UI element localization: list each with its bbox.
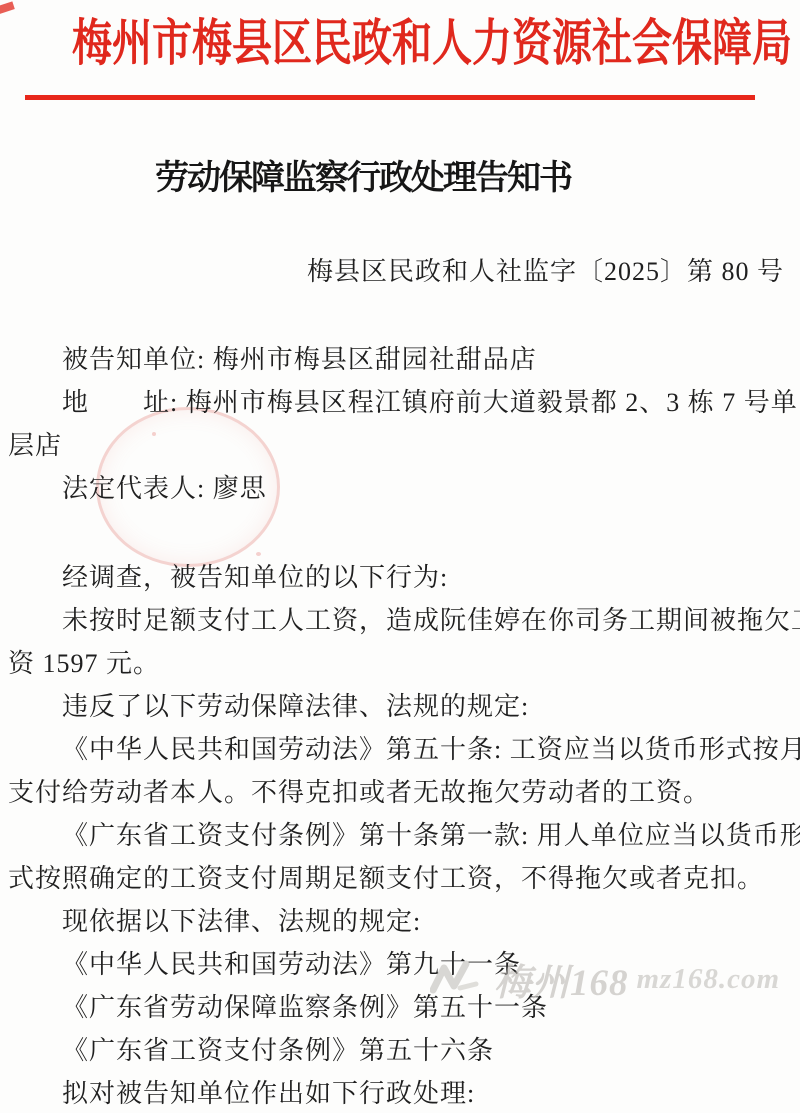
line-address-continuation: 层店 xyxy=(8,424,800,467)
line-violated-laws-intro: 违反了以下劳动保障法律、法规的规定: xyxy=(8,685,800,728)
scanned-document-page: 梅州市梅县区民政和人力资源社会保障局 劳动保障监察行政处理告知书 梅县区民政和人… xyxy=(0,0,800,1113)
line-gd-wage-regulation-article-56: 《广东省工资支付条例》第五十六条 xyxy=(8,1029,800,1072)
line-labor-law-article-50: 《中华人民共和国劳动法》第五十条: 工资应当以货币形式按月 xyxy=(8,728,800,771)
line-notified-unit: 被告知单位: 梅州市梅县区甜园社甜品店 xyxy=(8,338,800,381)
document-title: 劳动保障监察行政处理告知书 xyxy=(0,159,763,199)
document-number: 梅县区民政和人社监字〔2025〕第 80 号 xyxy=(307,251,784,288)
line-violation-fact: 未按时足额支付工人工资，造成阮佳婷在你司务工期间被拖欠工 xyxy=(8,599,800,642)
document-body: 被告知单位: 梅州市梅县区甜园社甜品店 地 址: 梅州市梅县区程江镇府前大道毅景… xyxy=(8,338,800,1113)
line-violation-fact-continuation: 资 1597 元。 xyxy=(8,642,800,685)
line-labor-law-article-50-continuation: 支付给劳动者本人。不得克扣或者无故拖欠劳动者的工资。 xyxy=(8,771,800,814)
line-gd-supervision-regulation-article-51: 《广东省劳动保障监察条例》第五十一条 xyxy=(8,986,800,1029)
line-gd-wage-regulation-article-10-continuation: 式按照确定的工资支付周期足额支付工资，不得拖欠或者克扣。 xyxy=(8,857,800,900)
blank-line xyxy=(8,510,800,556)
line-proposed-action-intro: 拟对被告知单位作出如下行政处理: xyxy=(8,1072,800,1113)
letterhead-divider-line xyxy=(25,95,755,100)
line-legal-basis-intro: 现依据以下法律、法规的规定: xyxy=(8,900,800,943)
line-legal-representative: 法定代表人: 廖思 xyxy=(8,467,800,510)
line-address: 地 址: 梅州市梅县区程江镇府前大道毅景都 2、3 栋 7 号单 xyxy=(8,381,800,424)
line-gd-wage-regulation-article-10: 《广东省工资支付条例》第十条第一款: 用人单位应当以货币形 xyxy=(8,814,800,857)
letterhead-agency-name: 梅州市梅县区民政和人力资源社会保障局 xyxy=(72,14,712,72)
line-investigation-intro: 经调查，被告知单位的以下行为: xyxy=(8,556,800,599)
line-labor-law-article-91: 《中华人民共和国劳动法》第九十一条 xyxy=(8,943,800,986)
scan-artifact-red-mark xyxy=(0,1,15,14)
